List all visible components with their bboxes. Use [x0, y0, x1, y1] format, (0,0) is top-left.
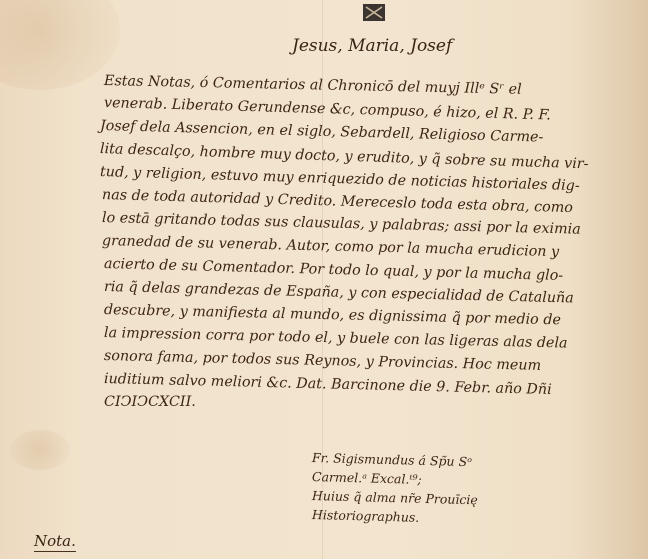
footer-note: Nota.: [34, 532, 76, 552]
text-line: ria q̃ delas grandezas de España, y con …: [104, 279, 574, 306]
cross-seal-icon: [363, 4, 385, 21]
paper-stain: [10, 430, 70, 470]
text-line: CIↃIↃCXCII.: [104, 394, 196, 410]
invocation-heading: Jesus, Maria, Josef: [292, 36, 452, 56]
text-line: Estas Notas, ó Comentarios al Chronicō d…: [104, 73, 522, 98]
manuscript-page: Jesus, Maria, Josef Estas Notas, ó Comen…: [0, 0, 648, 559]
signature-line: Historiographus.: [312, 507, 420, 525]
signature-line: Fr. Sigismundus á Sp̃u Sᵒ: [312, 450, 472, 469]
text-line: descubre, y manifiesta al mundo, es dign…: [104, 302, 561, 328]
signature-line: Huius q̃ alma nr̃e Prouīcię: [312, 488, 478, 507]
paper-stain: [0, 0, 120, 90]
signature-line: Carmel.ᵃ Excal.ᵗ⁹;: [312, 469, 422, 487]
text-line: la impression corra por todo el, y buele…: [104, 325, 568, 352]
text-line: granedad de su venerab. Autor, como por …: [102, 233, 560, 260]
